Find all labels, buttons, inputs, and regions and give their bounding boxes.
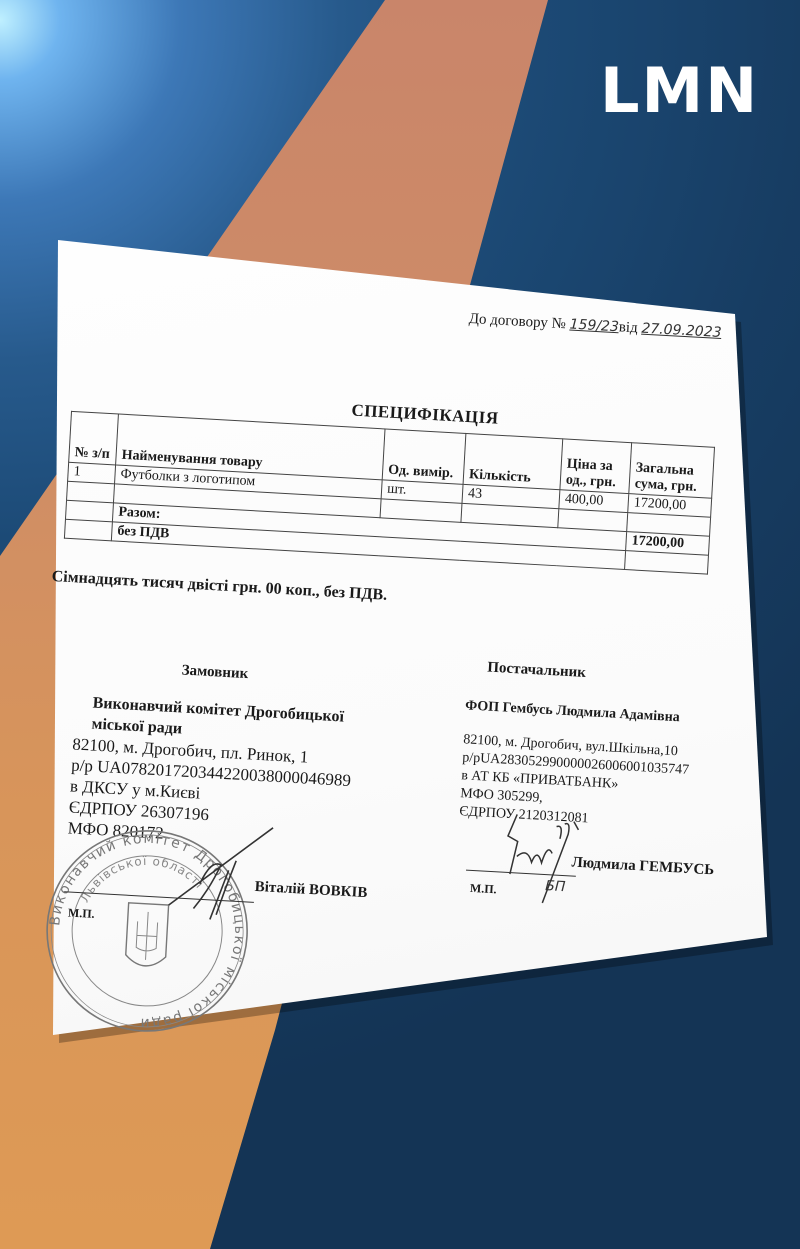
header-unit: Од. вимір. [382,429,466,484]
empty-cell [65,500,113,522]
contract-ref-prefix: До договору № [468,311,566,332]
contract-date: 27.09.2023 [641,321,722,341]
document-title: СПЕЦИФІКАЦІЯ [351,401,499,429]
cell-number: 1 [68,462,116,484]
header-price: Ціна за од., грн. [560,439,632,494]
specification-table: № з/п Найменування товару Од. вимір. Кіл… [64,411,715,575]
brand-logo: LMN [600,60,759,122]
buyer-heading: Замовник [181,662,248,683]
empty-cell [64,519,112,541]
contract-date-label: від [618,319,638,336]
document-content: До договору № 159/23від 27.09.2023 СПЕЦИ… [16,250,758,1068]
header-total: Загальна сума, грн. [629,443,715,499]
amount-in-words: Сімнадцять тисяч двісті грн. 00 коп., бе… [51,568,387,605]
seller-handwritten-note: БП [545,878,566,895]
header-quantity: Кількість [463,433,563,489]
seller-stamp-mark: М.П. [470,881,497,897]
contract-reference: До договору № 159/23від 27.09.2023 [468,311,722,342]
seller-heading: Постачальник [487,660,586,682]
seller-name: ФОП Гембусь Людмила Адамівна [465,697,693,728]
buyer-stamp-mark: М.П. [68,905,95,921]
header-number: № з/п [69,411,119,465]
empty-cell [625,551,709,575]
contract-number: 159/23 [569,317,619,336]
buyer-signature-icon [137,816,283,934]
empty-cell [67,481,115,503]
